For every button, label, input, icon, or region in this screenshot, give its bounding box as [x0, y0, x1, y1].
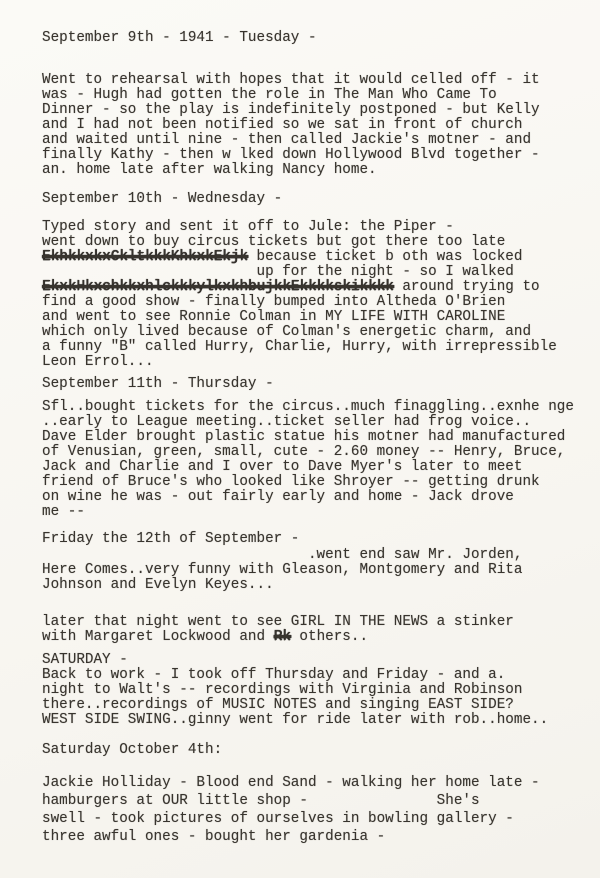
text-segment: night to Walt's -- recordings with Virgi… — [42, 682, 522, 698]
entry-date-sept-9: September 9th - 1941 - Tuesday - — [42, 31, 592, 46]
text-segment: Jack and Charlie and I over to Dave Myer… — [42, 459, 522, 475]
text-line: Dinner - so the play is indefinitely pos… — [42, 103, 592, 118]
text-line: Johnson and Evelyn Keyes... — [42, 578, 592, 593]
text-line: which only lived because of Colman's ene… — [42, 325, 592, 340]
text-line: find a good show - finally bumped into A… — [42, 295, 592, 310]
text-line: hamburgers at OUR little shop - She's — [42, 792, 592, 810]
text-segment: friend of Bruce's who looked like Shroye… — [42, 474, 540, 490]
text-line: went down to buy circus tickets but got … — [42, 235, 592, 250]
entry-body-saturday: SATURDAY -Back to work - I took off Thur… — [42, 653, 592, 728]
text-line: ..early to League meeting..ticket seller… — [42, 415, 592, 430]
text-line: and waited until nine - then called Jack… — [42, 133, 592, 148]
text-line: Jackie Holliday - Blood end Sand - walki… — [42, 774, 592, 792]
text-segment: swell - took pictures of ourselves in bo… — [42, 811, 514, 827]
entry-body-sept-12-later: later that night went to see GIRL IN THE… — [42, 615, 592, 645]
text-line: on wine he was - out fairly early and ho… — [42, 490, 592, 505]
text-line: Jack and Charlie and I over to Dave Myer… — [42, 460, 592, 475]
text-segment: SATURDAY - — [42, 652, 128, 668]
text-segment: a funny "B" called Hurry, Charlie, Hurry… — [42, 339, 557, 355]
text-segment: Sfl..bought tickets for the circus..much… — [42, 399, 574, 415]
text-line: finally Kathy - then w lked down Hollywo… — [42, 148, 592, 163]
text-line: with Margaret Lockwood and Rk others.. — [42, 630, 592, 645]
typewritten-page: September 9th - 1941 - Tuesday -Went to … — [0, 0, 600, 878]
text-line: .went end saw Mr. Jorden, — [42, 548, 592, 563]
text-segment: .went end saw Mr. Jorden, — [42, 547, 522, 563]
text-line: Leon Errol... — [42, 355, 592, 370]
text-segment: Went to rehearsal with hopes that it wou… — [42, 72, 540, 88]
text-segment: up for the night - so I walked — [42, 264, 514, 280]
text-segment: Saturday October 4th: — [42, 742, 222, 758]
text-line: Saturday October 4th: — [42, 743, 592, 758]
text-segment: me -- — [42, 504, 85, 520]
text-segment: Here Comes..very funny with Gleason, Mon… — [42, 562, 522, 578]
text-segment: Typed story and sent it off to Jule: the… — [42, 219, 454, 235]
entry-date-sept-10: September 10th - Wednesday - — [42, 192, 592, 207]
text-segment: was - Hugh had gotten the role in The Ma… — [42, 87, 497, 103]
struck-out-text: EkxkHkxchkkxhlckkkylkxkhbujkkEkkkkskikkk… — [42, 279, 394, 295]
text-line: an. home late after walking Nancy home. — [42, 163, 592, 178]
text-segment: later that night went to see GIRL IN THE… — [42, 614, 514, 630]
text-line: night to Walt's -- recordings with Virgi… — [42, 683, 592, 698]
text-segment: WEST SIDE SWING..ginny went for ride lat… — [42, 712, 548, 728]
text-segment: there..recordings of MUSIC NOTES and sin… — [42, 697, 514, 713]
text-segment: around trying to — [394, 279, 540, 295]
text-line: and went to see Ronnie Colman in MY LIFE… — [42, 310, 592, 325]
text-segment: September 11th - Thursday - — [42, 376, 274, 392]
text-line: Typed story and sent it off to Jule: the… — [42, 220, 592, 235]
entry-body-sept-10: Typed story and sent it off to Jule: the… — [42, 220, 592, 370]
text-line: Sfl..bought tickets for the circus..much… — [42, 400, 592, 415]
text-segment: Leon Errol... — [42, 354, 154, 370]
text-line: a funny "B" called Hurry, Charlie, Hurry… — [42, 340, 592, 355]
text-segment: hamburgers at OUR little shop - She's — [42, 793, 480, 809]
text-segment: finally Kathy - then w lked down Hollywo… — [42, 147, 540, 163]
text-line: swell - took pictures of ourselves in bo… — [42, 810, 592, 828]
text-segment: and waited until nine - then called Jack… — [42, 132, 531, 148]
text-line: EkxkHkxchkkxhlckkkylkxkhbujkkEkkkkskikkk… — [42, 280, 592, 295]
text-line: Here Comes..very funny with Gleason, Mon… — [42, 563, 592, 578]
text-segment: which only lived because of Colman's ene… — [42, 324, 531, 340]
text-segment: September 9th - 1941 - Tuesday - — [42, 30, 317, 46]
text-segment: Friday the 12th of September - — [42, 531, 299, 547]
text-segment: Back to work - I took off Thursday and F… — [42, 667, 505, 683]
text-line: was - Hugh had gotten the role in The Ma… — [42, 88, 592, 103]
text-segment: of Venusian, green, small, cute - 2.60 m… — [42, 444, 565, 460]
text-segment: Dinner - so the play is indefinitely pos… — [42, 102, 540, 118]
text-line: Dave Elder brought plastic statue his mo… — [42, 430, 592, 445]
text-segment: September 10th - Wednesday - — [42, 191, 282, 207]
text-line: friend of Bruce's who looked like Shroye… — [42, 475, 592, 490]
struck-out-text: EkhkkxkxCkltkkkKhkxkEkjk — [42, 249, 248, 265]
text-line: September 11th - Thursday - — [42, 377, 592, 392]
text-line: SATURDAY - — [42, 653, 592, 668]
entry-date-sept-11: September 11th - Thursday - — [42, 377, 592, 392]
text-line: later that night went to see GIRL IN THE… — [42, 615, 592, 630]
text-line: Friday the 12th of September - — [42, 532, 592, 547]
text-segment: and I had not been notified so we sat in… — [42, 117, 522, 133]
text-line: Went to rehearsal with hopes that it wou… — [42, 73, 592, 88]
text-segment: Johnson and Evelyn Keyes... — [42, 577, 274, 593]
text-line: there..recordings of MUSIC NOTES and sin… — [42, 698, 592, 713]
text-segment: Jackie Holliday - Blood end Sand - walki… — [42, 775, 540, 791]
text-segment: on wine he was - out fairly early and ho… — [42, 489, 514, 505]
entry-body-sept-11: Sfl..bought tickets for the circus..much… — [42, 400, 592, 520]
struck-out-text: Rk — [274, 629, 291, 645]
text-line: me -- — [42, 505, 592, 520]
text-segment: went down to buy circus tickets but got … — [42, 234, 505, 250]
text-line: and I had not been notified so we sat in… — [42, 118, 592, 133]
text-line: Back to work - I took off Thursday and F… — [42, 668, 592, 683]
text-segment: others.. — [291, 629, 368, 645]
entry-body-sept-12: .went end saw Mr. Jorden,Here Comes..ver… — [42, 548, 592, 593]
text-segment: with Margaret Lockwood and — [42, 629, 274, 645]
text-line: September 10th - Wednesday - — [42, 192, 592, 207]
text-segment: and went to see Ronnie Colman in MY LIFE… — [42, 309, 505, 325]
text-line: up for the night - so I walked — [42, 265, 592, 280]
text-line: September 9th - 1941 - Tuesday - — [42, 31, 592, 46]
text-segment: Dave Elder brought plastic statue his mo… — [42, 429, 565, 445]
text-segment: because ticket b oth was locked — [248, 249, 523, 265]
text-line: three awful ones - bought her gardenia - — [42, 828, 592, 846]
entry-date-sept-12: Friday the 12th of September - — [42, 532, 592, 547]
text-segment: an. home late after walking Nancy home. — [42, 162, 377, 178]
text-segment: three awful ones - bought her gardenia - — [42, 829, 385, 845]
entry-body-sept-9: Went to rehearsal with hopes that it wou… — [42, 73, 592, 178]
text-line: WEST SIDE SWING..ginny went for ride lat… — [42, 713, 592, 728]
text-segment: ..early to League meeting..ticket seller… — [42, 414, 531, 430]
text-line: EkhkkxkxCkltkkkKhkxkEkjk because ticket … — [42, 250, 592, 265]
entry-date-oct-4: Saturday October 4th: — [42, 743, 592, 758]
entry-body-oct-4: Jackie Holliday - Blood end Sand - walki… — [42, 774, 592, 846]
text-line: of Venusian, green, small, cute - 2.60 m… — [42, 445, 592, 460]
text-segment: find a good show - finally bumped into A… — [42, 294, 505, 310]
